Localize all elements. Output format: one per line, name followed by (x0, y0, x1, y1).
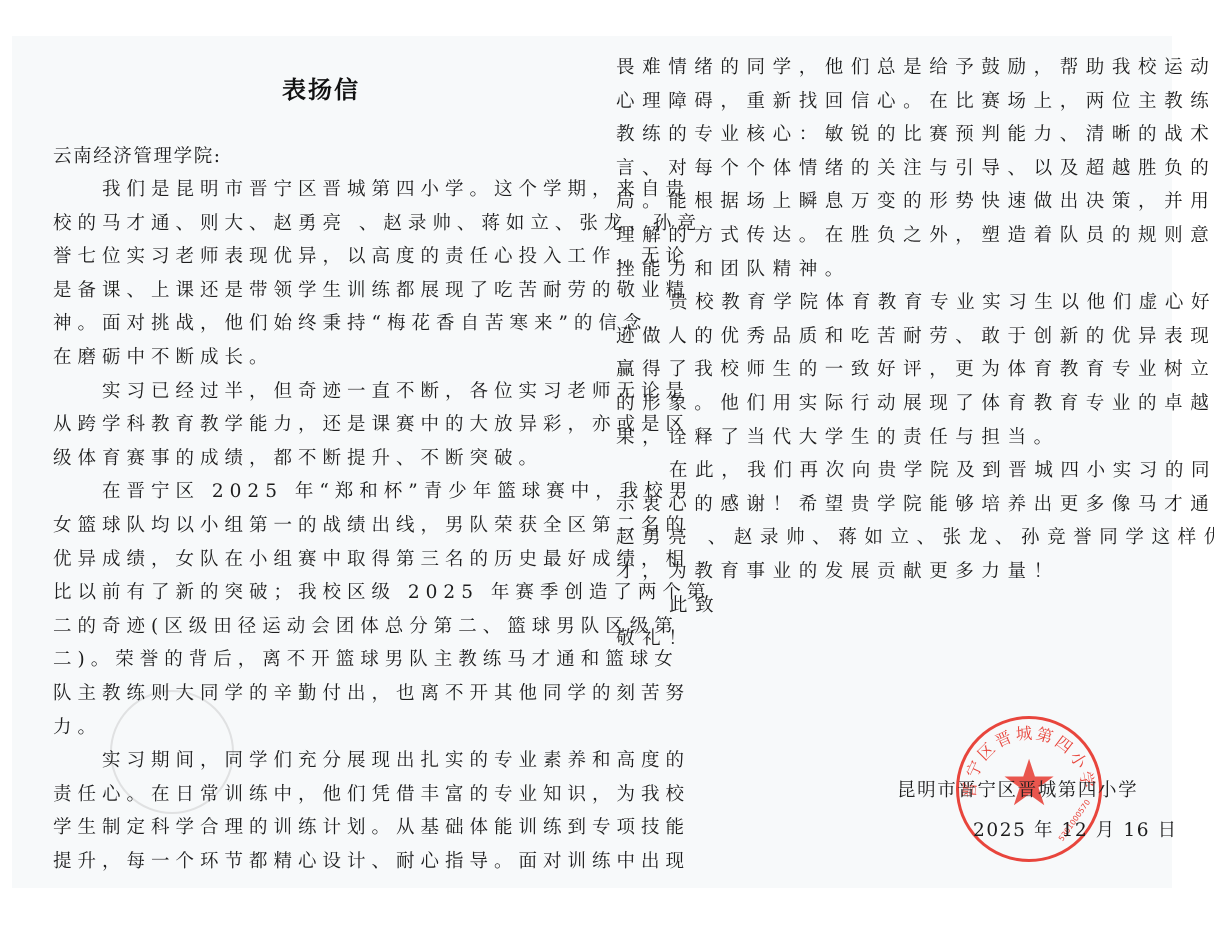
text-line: 言、对每个个体情绪的关注与引导、以及超越胜负的育人格 (616, 157, 1214, 181)
text-line: 是备课、上课还是带领学生训练都展现了吃苦耐劳的敬业精 (53, 279, 690, 303)
signature-date: 2025 年 12 月 16 日 (973, 816, 1178, 842)
text-line: 学生制定科学合理的训练计划。从基础体能训练到专项技能 (53, 816, 690, 840)
text-line: 从跨学科教育教学能力，还是课赛中的大放异彩，亦或是区 (53, 413, 690, 437)
text-line: 教练的专业核心：敏锐的比赛预判能力、清晰的战术指导语 (616, 123, 1214, 147)
text-line: 在此，我们再次向贵学院及到晋城四小实习的同学们表 (669, 459, 1214, 483)
text-line: 女篮球队均以小组第一的战绩出线，男队荣获全区第二名的 (53, 514, 690, 538)
text-line: 实习已经过半，但奇迹一直不断，各位实习老师无论是 (102, 380, 690, 404)
text-line: 的形象。他们用实际行动展现了体育教育专业的卓越教学成 (616, 392, 1214, 416)
text-line: 我们是昆明市晋宁区晋城第四小学。这个学期，来自贵 (102, 178, 690, 202)
text-line: 级体育赛事的成绩，都不断提升、不断突破。 (53, 447, 543, 471)
text-line: 赵勇亮 、赵录帅、蒋如立、张龙、孙竞誉同学这样优秀的人 (616, 526, 1214, 550)
signature-organization: 昆明市晋宁区晋城第四小学 (897, 776, 1138, 802)
text-line: 比以前有了新的突破；我校区级 2025 年赛季创造了两个第 (53, 581, 711, 605)
text-line: 优异成绩，女队在小组赛中取得第三名的历史最好成绩，相 (53, 548, 690, 572)
text-line: 神。面对挑战，他们始终秉持“梅花香自苦寒来”的信念， (53, 312, 672, 336)
text-line: 心理障碍，重新找回信心。在比赛场上，两位主教练展现出 (616, 90, 1214, 114)
text-line: 理解的方式传达。在胜负之外，塑造着队员的规则意识、抗 (616, 224, 1214, 248)
text-line: 力。 (53, 716, 102, 740)
text-line: 此致 (669, 594, 721, 618)
text-line: 提升，每一个环节都精心设计、耐心指导。面对训练中出现 (53, 850, 690, 874)
text-line: 贵校教育学院体育教育专业实习生以他们虚心好学、谦 (669, 291, 1214, 315)
text-line: 才，为教育事业的发展贡献更多力量！ (616, 560, 1060, 584)
text-line: 在晋宁区 2025 年“郑和杯”青少年篮球赛中，我校男 (102, 480, 693, 504)
text-line: 在磨砺中不断成长。 (53, 346, 274, 370)
text-line: 挫能力和团队精神。 (616, 258, 851, 282)
text-line: 局。能根据场上瞬息万变的形势快速做出决策，并用队员能 (616, 190, 1214, 214)
text-line: 责任心。在日常训练中，他们凭借丰富的专业知识，为我校 (53, 783, 690, 807)
document-title: 表扬信 (282, 70, 362, 105)
text-line: 队主教练则大同学的辛勤付出，也离不开其他同学的刻苦努 (53, 682, 690, 706)
text-line: 实习期间，同学们充分展现出扎实的专业素养和高度的 (102, 749, 690, 773)
text-line: 二的奇迹(区级田径运动会团体总分第二、篮球男队区级第 (53, 615, 679, 639)
text-line: 誉七位实习老师表现优异，以高度的责任心投入工作，无论 (53, 245, 690, 269)
text-line: 示衷心的感谢！希望贵学院能够培养出更多像马才通、则大、 (616, 493, 1214, 517)
text-line: 果，诠释了当代大学生的责任与担当。 (616, 426, 1060, 450)
text-line: 校的马才通、则大、赵勇亮 、赵录帅、蒋如立、张龙、孙竞 (53, 212, 702, 236)
text-line: 二)。荣誉的背后，离不开篮球男队主教练马才通和篮球女 (53, 648, 679, 672)
text-line: 逊做人的优秀品质和吃苦耐劳、敢于创新的优异表现，不仅 (616, 325, 1214, 349)
text-line: 赢得了我校师生的一致好评，更为体育教育专业树立了良好 (616, 358, 1214, 382)
text-line: 畏难情绪的同学，他们总是给予鼓励，帮助我校运动员克服 (616, 56, 1214, 80)
text-line: 敬礼！ (616, 627, 694, 651)
salutation: 云南经济管理学院: (53, 145, 222, 169)
